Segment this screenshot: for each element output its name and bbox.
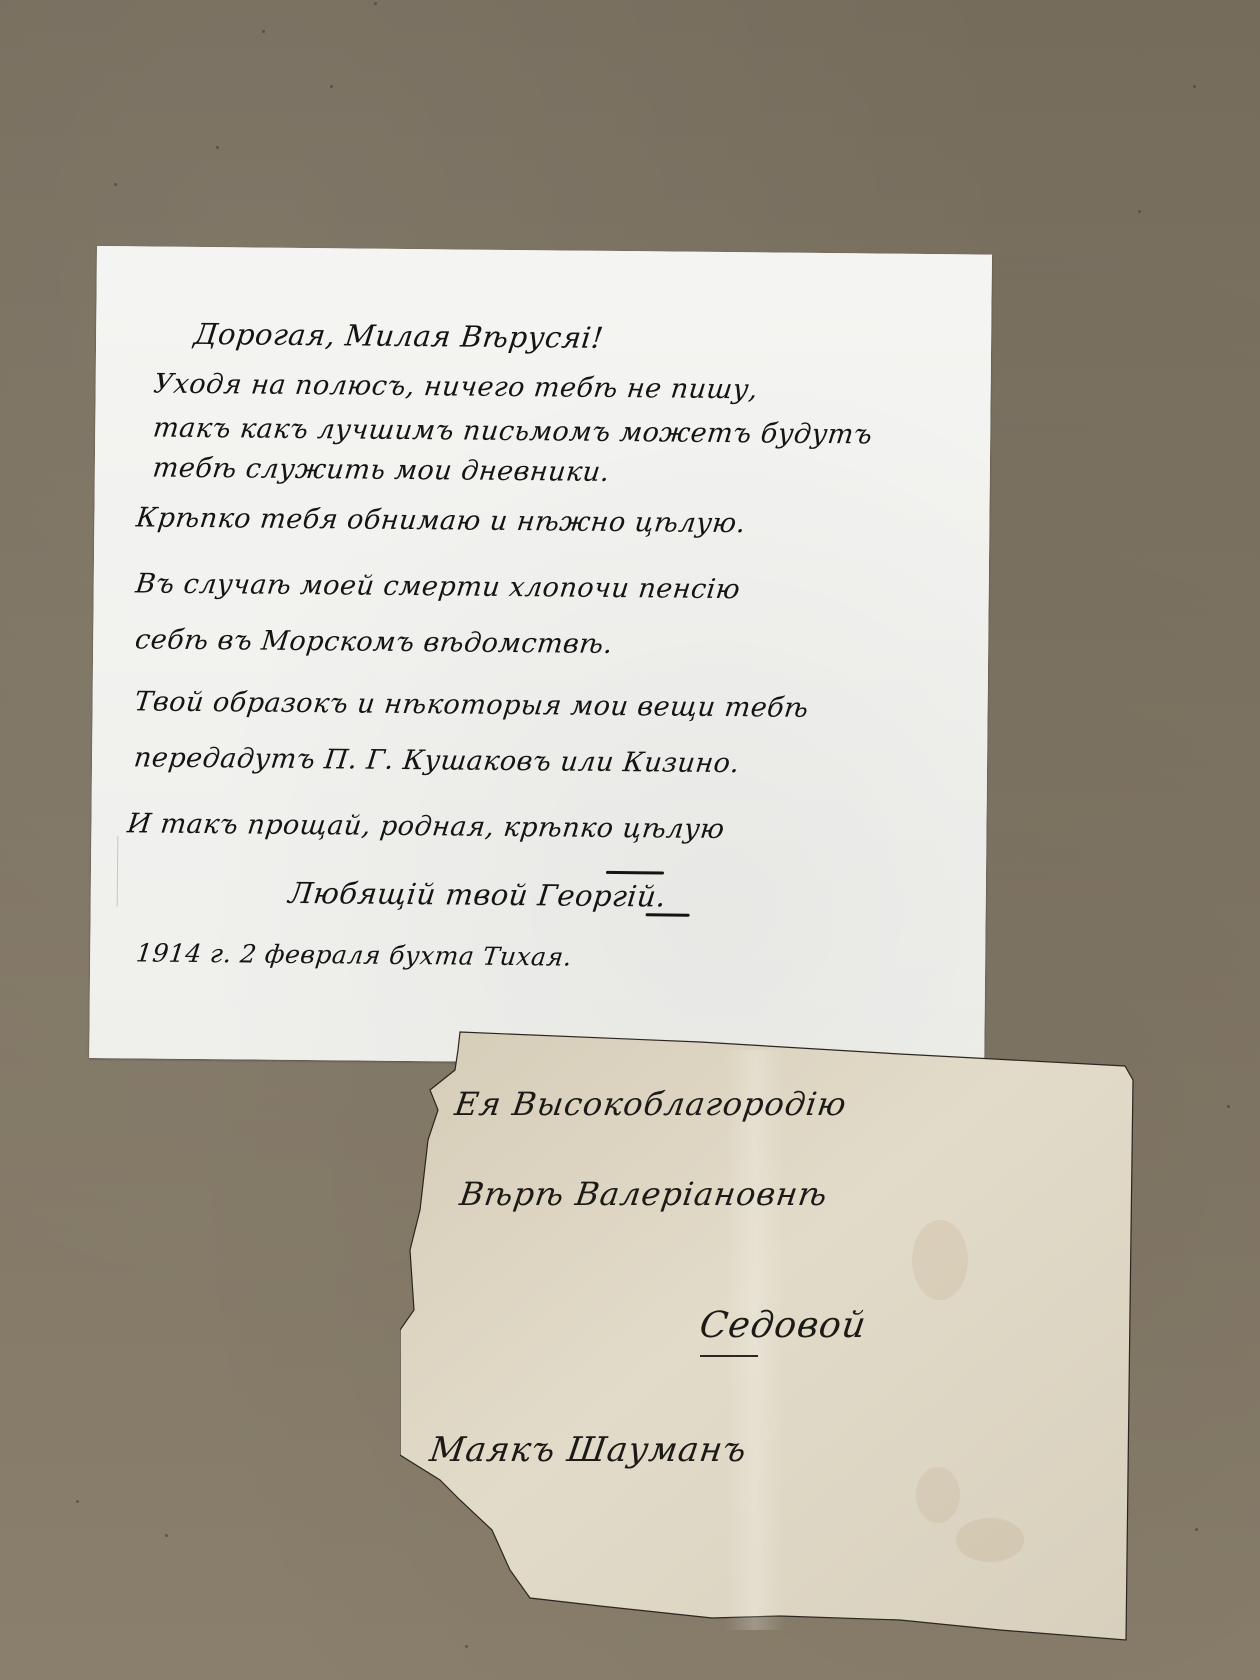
- board-speck: [76, 1500, 79, 1503]
- board-speck: [1138, 210, 1141, 213]
- board-speck: [262, 30, 265, 33]
- board-speck: [330, 85, 333, 88]
- letter-line: себѣ въ Морскомъ вѣдомствѣ.: [133, 624, 614, 660]
- envelope-destination: Маякъ Шауманъ: [427, 1430, 749, 1470]
- board-speck: [114, 183, 117, 186]
- envelope: Ея Высокоблагородію Вѣрѣ Валеріановнѣ Се…: [400, 1010, 1140, 1660]
- letter-line: тебѣ служить мои дневники.: [151, 453, 611, 488]
- letter-line: Твой образокъ и нѣкоторыя мои вещи тебѣ: [133, 686, 811, 723]
- letter-line: И такъ прощай, родная, крѣпко цѣлую: [126, 808, 727, 845]
- letter-date-line: 1914 г. 2 февраля бухта Тихая.: [135, 938, 574, 971]
- board-speck: [216, 146, 219, 149]
- letter-line: Крѣпко тебя обнимаю и нѣжно цѣлую.: [135, 502, 748, 539]
- envelope-recipient-surname: Седовой: [697, 1305, 869, 1346]
- letter-line: Въ случаѣ моей смерти хлопочи пенсію: [134, 568, 742, 605]
- board-speck: [165, 1534, 168, 1537]
- board-speck: [1227, 1105, 1230, 1108]
- signature-overline: [606, 871, 664, 875]
- board-speck: [374, 2, 377, 5]
- letter-salutation: Дорогая, Милая Вѣрусяi!: [192, 317, 605, 355]
- letter-line: такъ какъ лучшимъ письмомъ можетъ будутъ: [151, 413, 874, 451]
- letter-line: Уходя на полюсъ, ничего тебѣ не пишу,: [152, 369, 760, 406]
- letter-signature: Любящій твой Георгій.: [287, 876, 668, 914]
- handwritten-letter: Дорогая, Милая Вѣрусяi! Уходя на полюсъ,…: [89, 246, 992, 1067]
- envelope-address-line: Вѣрѣ Валеріановнѣ: [457, 1175, 830, 1213]
- paper-fold-mark: [117, 836, 119, 906]
- signature-underline: [646, 913, 690, 916]
- board-speck: [1195, 1528, 1198, 1531]
- envelope-address-line: Ея Высокоблагородію: [452, 1085, 849, 1123]
- surname-underline: [700, 1355, 758, 1357]
- board-speck: [1193, 85, 1196, 88]
- letter-line: передадутъ П. Г. Кушаковъ или Кизино.: [132, 742, 741, 779]
